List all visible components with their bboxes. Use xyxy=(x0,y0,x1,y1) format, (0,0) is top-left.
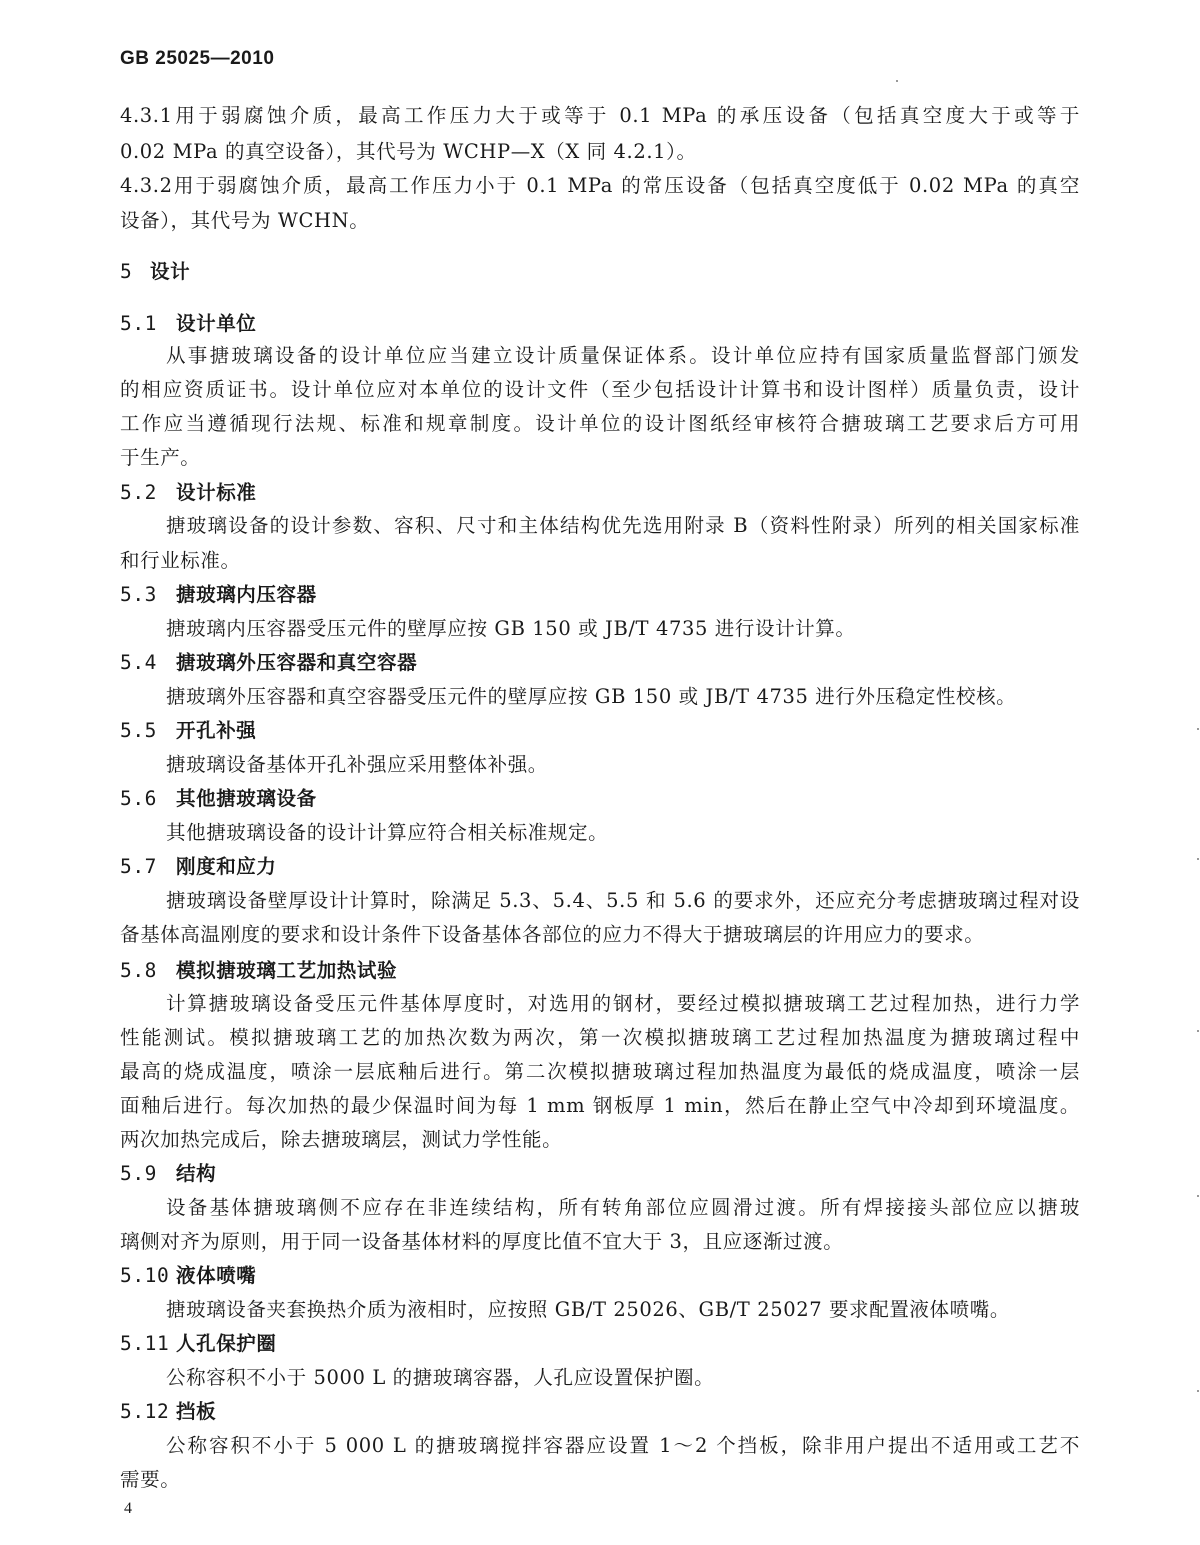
clause-number: 4.3.2 xyxy=(120,172,173,200)
paragraph-line: 面釉后进行。每次加热的最少保温时间为每 1 mm 钢板厚 1 min，然后在静止… xyxy=(120,1092,1080,1120)
clause-number: 4.3.1 xyxy=(120,102,173,130)
paragraph-line: 备基体高温刚度的要求和设计条件下设备基体各部位的应力不得大于搪玻璃层的许用应力的… xyxy=(120,921,1080,949)
scan-speck xyxy=(1197,728,1199,730)
paragraph-line: 搪玻璃内压容器受压元件的壁厚应按 GB 150 或 JB/T 4735 进行设计… xyxy=(166,615,1126,643)
section-heading-5-1: 5.1设计单位 xyxy=(120,310,1080,338)
paragraph-line: 公称容积不小于 5 000 L 的搪玻璃搅拌容器应设置 1～2 个挡板，除非用户… xyxy=(166,1432,1080,1460)
page-number: 4 xyxy=(124,1500,132,1518)
section-heading-5-5: 5.5开孔补强 xyxy=(120,717,1080,745)
document-page: GB 25025—2010 4.3.1用于弱腐蚀介质，最高工作压力大于或等于 0… xyxy=(0,0,1200,1545)
clause-4-3-2-line-1: 4.3.2用于弱腐蚀介质，最高工作压力小于 0.1 MPa 的常压设备（包括真空… xyxy=(120,172,1080,200)
standard-code-header: GB 25025—2010 xyxy=(120,48,274,70)
paragraph-line: 搪玻璃设备壁厚设计计算时，除满足 5.3、5.4、5.5 和 5.6 的要求外，… xyxy=(166,887,1080,915)
paragraph-line: 搪玻璃设备基体开孔补强应采用整体补强。 xyxy=(166,751,1126,779)
paragraph-line: 设备基体搪玻璃侧不应存在非连续结构，所有转角部位应圆滑过渡。所有焊接接头部位应以… xyxy=(166,1194,1080,1222)
section-heading-5-6: 5.6其他搪玻璃设备 xyxy=(120,785,1080,813)
paragraph-line: 最高的烧成温度，喷涂一层底釉后进行。第二次模拟搪玻璃过程加热温度为最低的烧成温度… xyxy=(120,1058,1080,1086)
section-heading-5-7: 5.7刚度和应力 xyxy=(120,853,1080,881)
paragraph-line: 性能测试。模拟搪玻璃工艺的加热次数为两次，第一次模拟搪玻璃工艺过程加热温度为搪玻… xyxy=(120,1024,1080,1052)
paragraph-line: 公称容积不小于 5000 L 的搪玻璃容器，人孔应设置保护圈。 xyxy=(166,1364,1126,1392)
paragraph-line: 工作应当遵循现行法规、标准和规章制度。设计单位的设计图纸经审核符合搪玻璃工艺要求… xyxy=(120,410,1080,438)
scan-speck xyxy=(1197,1195,1199,1197)
paragraph-line: 计算搪玻璃设备受压元件基体厚度时，对选用的钢材，要经过模拟搪玻璃工艺过程加热，进… xyxy=(166,990,1080,1018)
section-heading-5-10: 5.10液体喷嘴 xyxy=(120,1262,1080,1290)
paragraph-line: 其他搪玻璃设备的设计计算应符合相关标准规定。 xyxy=(166,819,1126,847)
clause-4-3-1-line-2: 0.02 MPa 的真空设备），其代号为 WCHP—X（X 同 4.2.1）。 xyxy=(120,138,1080,166)
section-heading-5-8: 5.8模拟搪玻璃工艺加热试验 xyxy=(120,957,1080,985)
paragraph-line: 两次加热完成后，除去搪玻璃层，测试力学性能。 xyxy=(120,1126,1080,1154)
section-heading-5-4: 5.4搪玻璃外压容器和真空容器 xyxy=(120,649,1080,677)
paragraph-line: 从事搪玻璃设备的设计单位应当建立设计质量保证体系。设计单位应持有国家质量监督部门… xyxy=(166,342,1080,370)
section-heading-5-11: 5.11人孔保护圈 xyxy=(120,1330,1080,1358)
scan-speck xyxy=(1197,1030,1199,1032)
scan-speck xyxy=(896,80,898,82)
paragraph-line: 搪玻璃设备夹套换热介质为液相时，应按照 GB/T 25026、GB/T 2502… xyxy=(166,1296,1126,1324)
chapter-heading-5: 5设计 xyxy=(120,258,1080,286)
clause-4-3-1-line-1: 4.3.1用于弱腐蚀介质，最高工作压力大于或等于 0.1 MPa 的承压设备（包… xyxy=(120,102,1080,130)
scan-speck xyxy=(1197,1390,1199,1392)
paragraph-line: 璃侧对齐为原则，用于同一设备基体材料的厚度比值不宜大于 3，且应逐渐过渡。 xyxy=(120,1228,1080,1256)
paragraph-line: 搪玻璃外压容器和真空容器受压元件的壁厚应按 GB 150 或 JB/T 4735… xyxy=(166,683,1126,711)
section-heading-5-2: 5.2设计标准 xyxy=(120,479,1080,507)
paragraph-line: 和行业标准。 xyxy=(120,547,1080,575)
section-heading-5-3: 5.3搪玻璃内压容器 xyxy=(120,581,1080,609)
clause-4-3-2-line-2: 设备），其代号为 WCHN。 xyxy=(120,207,1080,235)
paragraph-line: 需要。 xyxy=(120,1466,1080,1494)
paragraph-line: 的相应资质证书。设计单位应对本单位的设计文件（至少包括设计计算书和设计图样）质量… xyxy=(120,376,1080,404)
scan-speck xyxy=(1197,858,1199,860)
section-heading-5-12: 5.12挡板 xyxy=(120,1398,1080,1426)
paragraph-line: 搪玻璃设备的设计参数、容积、尺寸和主体结构优先选用附录 B（资料性附录）所列的相… xyxy=(166,512,1080,540)
section-heading-5-9: 5.9结构 xyxy=(120,1160,1080,1188)
paragraph-line: 于生产。 xyxy=(120,444,1080,472)
